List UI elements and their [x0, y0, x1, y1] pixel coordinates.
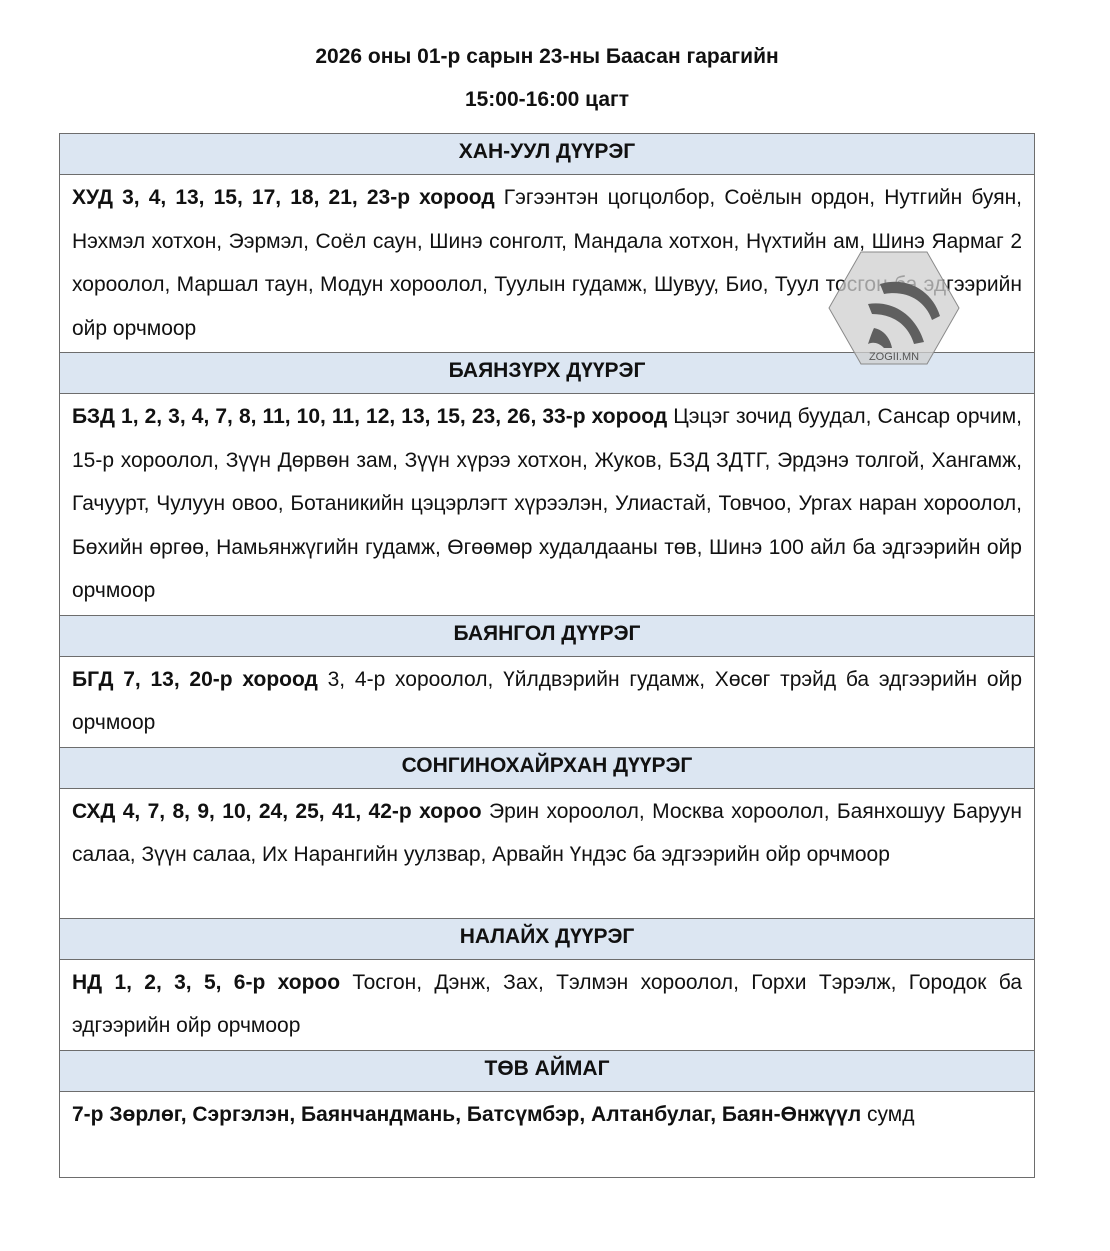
district-header-row: ТӨВ АЙМАГ	[60, 1050, 1035, 1091]
schedule-time-title: 15:00-16:00 цагт	[0, 88, 1094, 112]
district-detail-row: ХУД 3, 4, 13, 15, 17, 18, 21, 23-р хороо…	[60, 175, 1035, 353]
district-detail-row: БЗД 1, 2, 3, 4, 7, 8, 11, 10, 11, 12, 13…	[60, 394, 1035, 616]
district-header-row: БАЯНГОЛ ДҮҮРЭГ	[60, 615, 1035, 656]
district-header-row: БАЯНЗҮРХ ДҮҮРЭГ	[60, 353, 1035, 394]
district-detail-row: 7-р Зөрлөг, Сэргэлэн, Баянчандмань, Батс…	[60, 1091, 1035, 1177]
khoroo-list: 7-р Зөрлөг, Сэргэлэн, Баянчандмань, Батс…	[72, 1103, 861, 1126]
district-header-row: ХАН-УУЛ ДҮҮРЭГ	[60, 134, 1035, 175]
outage-schedule-table: ХАН-УУЛ ДҮҮРЭГ ХУД 3, 4, 13, 15, 17, 18,…	[59, 133, 1035, 1178]
area-list: Цэцэг зочид буудал, Сансар орчим, 15-р х…	[72, 405, 1022, 602]
district-name: НАЛАЙХ ДҮҮРЭГ	[60, 918, 1035, 959]
district-name: БАЯНЗҮРХ ДҮҮРЭГ	[60, 353, 1035, 394]
district-detail: БЗД 1, 2, 3, 4, 7, 8, 11, 10, 11, 12, 13…	[60, 394, 1035, 616]
district-name: ХАН-УУЛ ДҮҮРЭГ	[60, 134, 1035, 175]
district-detail-row: СХД 4, 7, 8, 9, 10, 24, 25, 41, 42-р хор…	[60, 788, 1035, 918]
district-detail: БГД 7, 13, 20-р хороод 3, 4-р хороолол, …	[60, 656, 1035, 747]
area-list: сумд	[867, 1103, 914, 1126]
khoroo-list: БЗД 1, 2, 3, 4, 7, 8, 11, 10, 11, 12, 13…	[72, 405, 667, 428]
district-header-row: НАЛАЙХ ДҮҮРЭГ	[60, 918, 1035, 959]
district-detail: 7-р Зөрлөг, Сэргэлэн, Баянчандмань, Батс…	[60, 1091, 1035, 1177]
schedule-date-title: 2026 оны 01-р сарын 23-ны Баасан гарагий…	[0, 45, 1094, 69]
district-detail: ХУД 3, 4, 13, 15, 17, 18, 21, 23-р хороо…	[60, 175, 1035, 353]
district-detail: НД 1, 2, 3, 5, 6-р хороо Тосгон, Дэнж, З…	[60, 959, 1035, 1050]
khoroo-list: БГД 7, 13, 20-р хороод	[72, 668, 318, 691]
khoroo-list: НД 1, 2, 3, 5, 6-р хороо	[72, 971, 340, 994]
khoroo-list: ХУД 3, 4, 13, 15, 17, 18, 21, 23-р хороо…	[72, 186, 495, 209]
district-name: БАЯНГОЛ ДҮҮРЭГ	[60, 615, 1035, 656]
district-detail: СХД 4, 7, 8, 9, 10, 24, 25, 41, 42-р хор…	[60, 788, 1035, 918]
district-name: СОНГИНОХАЙРХАН ДҮҮРЭГ	[60, 747, 1035, 788]
district-detail-row: НД 1, 2, 3, 5, 6-р хороо Тосгон, Дэнж, З…	[60, 959, 1035, 1050]
district-detail-row: БГД 7, 13, 20-р хороод 3, 4-р хороолол, …	[60, 656, 1035, 747]
area-list: Гэгээнтэн цогцолбор, Соёлын ордон, Нутги…	[72, 186, 1022, 340]
district-name: ТӨВ АЙМАГ	[60, 1050, 1035, 1091]
khoroo-list: СХД 4, 7, 8, 9, 10, 24, 25, 41, 42-р хор…	[72, 800, 482, 823]
district-header-row: СОНГИНОХАЙРХАН ДҮҮРЭГ	[60, 747, 1035, 788]
